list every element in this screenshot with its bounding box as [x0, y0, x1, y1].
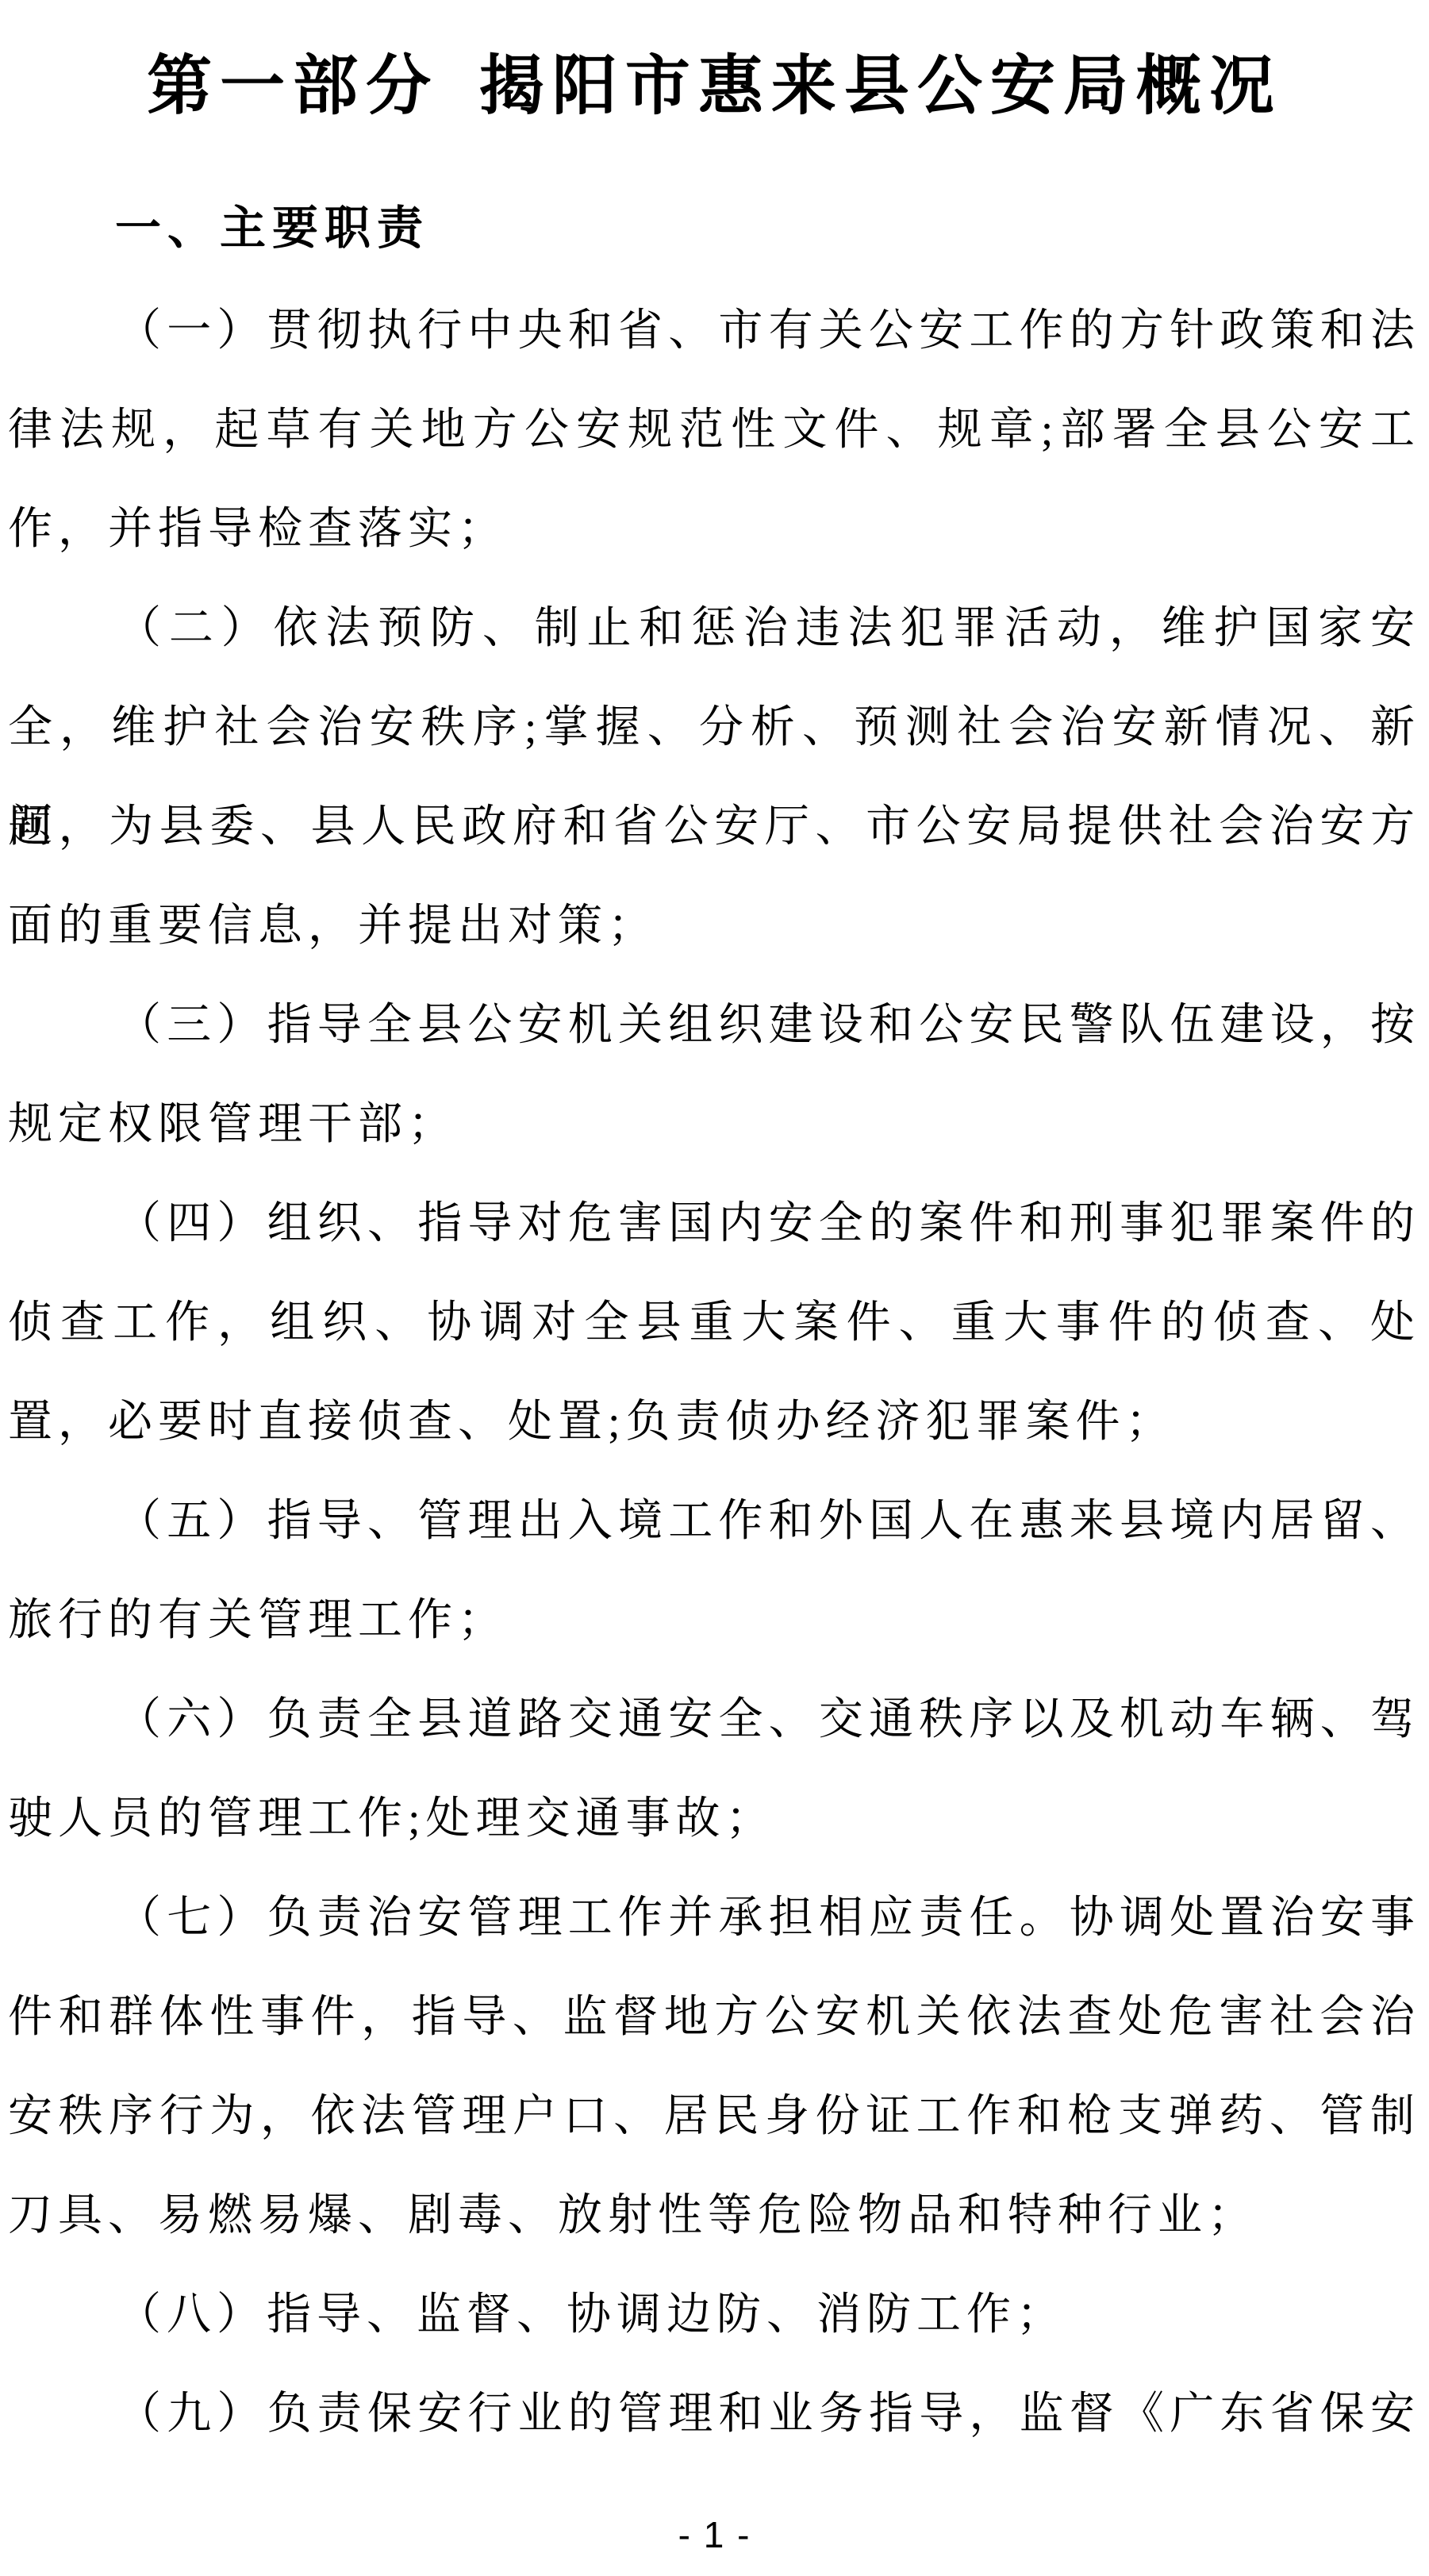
paragraph: （六）负责全县道路交通安全、交通秩序以及机动车辆、驾驶人员的管理工作;处理交通事… [8, 1671, 1420, 1869]
text-line: 作，并指导检查落实； [8, 480, 1420, 579]
text-line: 面的重要信息，并提出对策； [8, 877, 1420, 976]
page-title: 第一部分 揭阳市惠来县公安局概况 [0, 48, 1429, 125]
text-line: （五）指导、管理出入境工作和外国人在惠来县境内居留、 [8, 1472, 1420, 1571]
paragraph: （七）负责治安管理工作并承担相应责任。协调处置治安事件和群体性事件，指导、监督地… [8, 1869, 1420, 2266]
paragraph: （九）负责保安行业的管理和业务指导，监督《广东省保安 [8, 2365, 1420, 2464]
page-number: - 1 - [0, 2514, 1429, 2555]
text-line: 题，为县委、县人民政府和省公安厅、市公安局提供社会治安方 [8, 778, 1420, 877]
document-body: （一）贯彻执行中央和省、市有关公安工作的方针政策和法律法规，起草有关地方公安规范… [8, 282, 1420, 2464]
paragraph: （五）指导、管理出入境工作和外国人在惠来县境内居留、旅行的有关管理工作； [8, 1472, 1420, 1671]
paragraph: （三）指导全县公安机关组织建设和公安民警队伍建设，按规定权限管理干部； [8, 976, 1420, 1175]
text-line: （三）指导全县公安机关组织建设和公安民警队伍建设，按 [8, 976, 1420, 1075]
document-page: 第一部分 揭阳市惠来县公安局概况 一、主要职责 （一）贯彻执行中央和省、市有关公… [0, 0, 1429, 2576]
text-line: 置，必要时直接侦查、处置;负责侦办经济犯罪案件； [8, 1373, 1420, 1472]
text-line: 旅行的有关管理工作； [8, 1571, 1420, 1671]
text-line: 驶人员的管理工作;处理交通事故； [8, 1770, 1420, 1869]
text-line: 全，维护社会治安秩序;掌握、分析、预测社会治安新情况、新问 [8, 679, 1420, 778]
text-line: （六）负责全县道路交通安全、交通秩序以及机动车辆、驾 [8, 1671, 1420, 1770]
text-line: 侦查工作，组织、协调对全县重大案件、重大事件的侦查、处 [8, 1274, 1420, 1373]
text-line: 律法规，起草有关地方公安规范性文件、规章;部署全县公安工 [8, 381, 1420, 480]
text-line: （七）负责治安管理工作并承担相应责任。协调处置治安事 [8, 1869, 1420, 1968]
section-heading: 一、主要职责 [115, 197, 429, 260]
text-line: 规定权限管理干部； [8, 1075, 1420, 1175]
text-line: （九）负责保安行业的管理和业务指导，监督《广东省保安 [8, 2365, 1420, 2464]
text-line: 件和群体性事件，指导、监督地方公安机关依法查处危害社会治 [8, 1968, 1420, 2067]
text-line: （一）贯彻执行中央和省、市有关公安工作的方针政策和法 [8, 282, 1420, 381]
paragraph: （八）指导、监督、协调边防、消防工作； [8, 2266, 1420, 2365]
paragraph: （四）组织、指导对危害国内安全的案件和刑事犯罪案件的侦查工作，组织、协调对全县重… [8, 1175, 1420, 1472]
text-line: （四）组织、指导对危害国内安全的案件和刑事犯罪案件的 [8, 1175, 1420, 1274]
text-line: 刀具、易燃易爆、剧毒、放射性等危险物品和特种行业； [8, 2167, 1420, 2266]
text-line: （二）依法预防、制止和惩治违法犯罪活动，维护国家安 [8, 579, 1420, 679]
paragraph: （一）贯彻执行中央和省、市有关公安工作的方针政策和法律法规，起草有关地方公安规范… [8, 282, 1420, 579]
text-line: （八）指导、监督、协调边防、消防工作； [8, 2266, 1420, 2365]
paragraph: （二）依法预防、制止和惩治违法犯罪活动，维护国家安全，维护社会治安秩序;掌握、分… [8, 579, 1420, 976]
text-line: 安秩序行为，依法管理户口、居民身份证工作和枪支弹药、管制 [8, 2067, 1420, 2167]
